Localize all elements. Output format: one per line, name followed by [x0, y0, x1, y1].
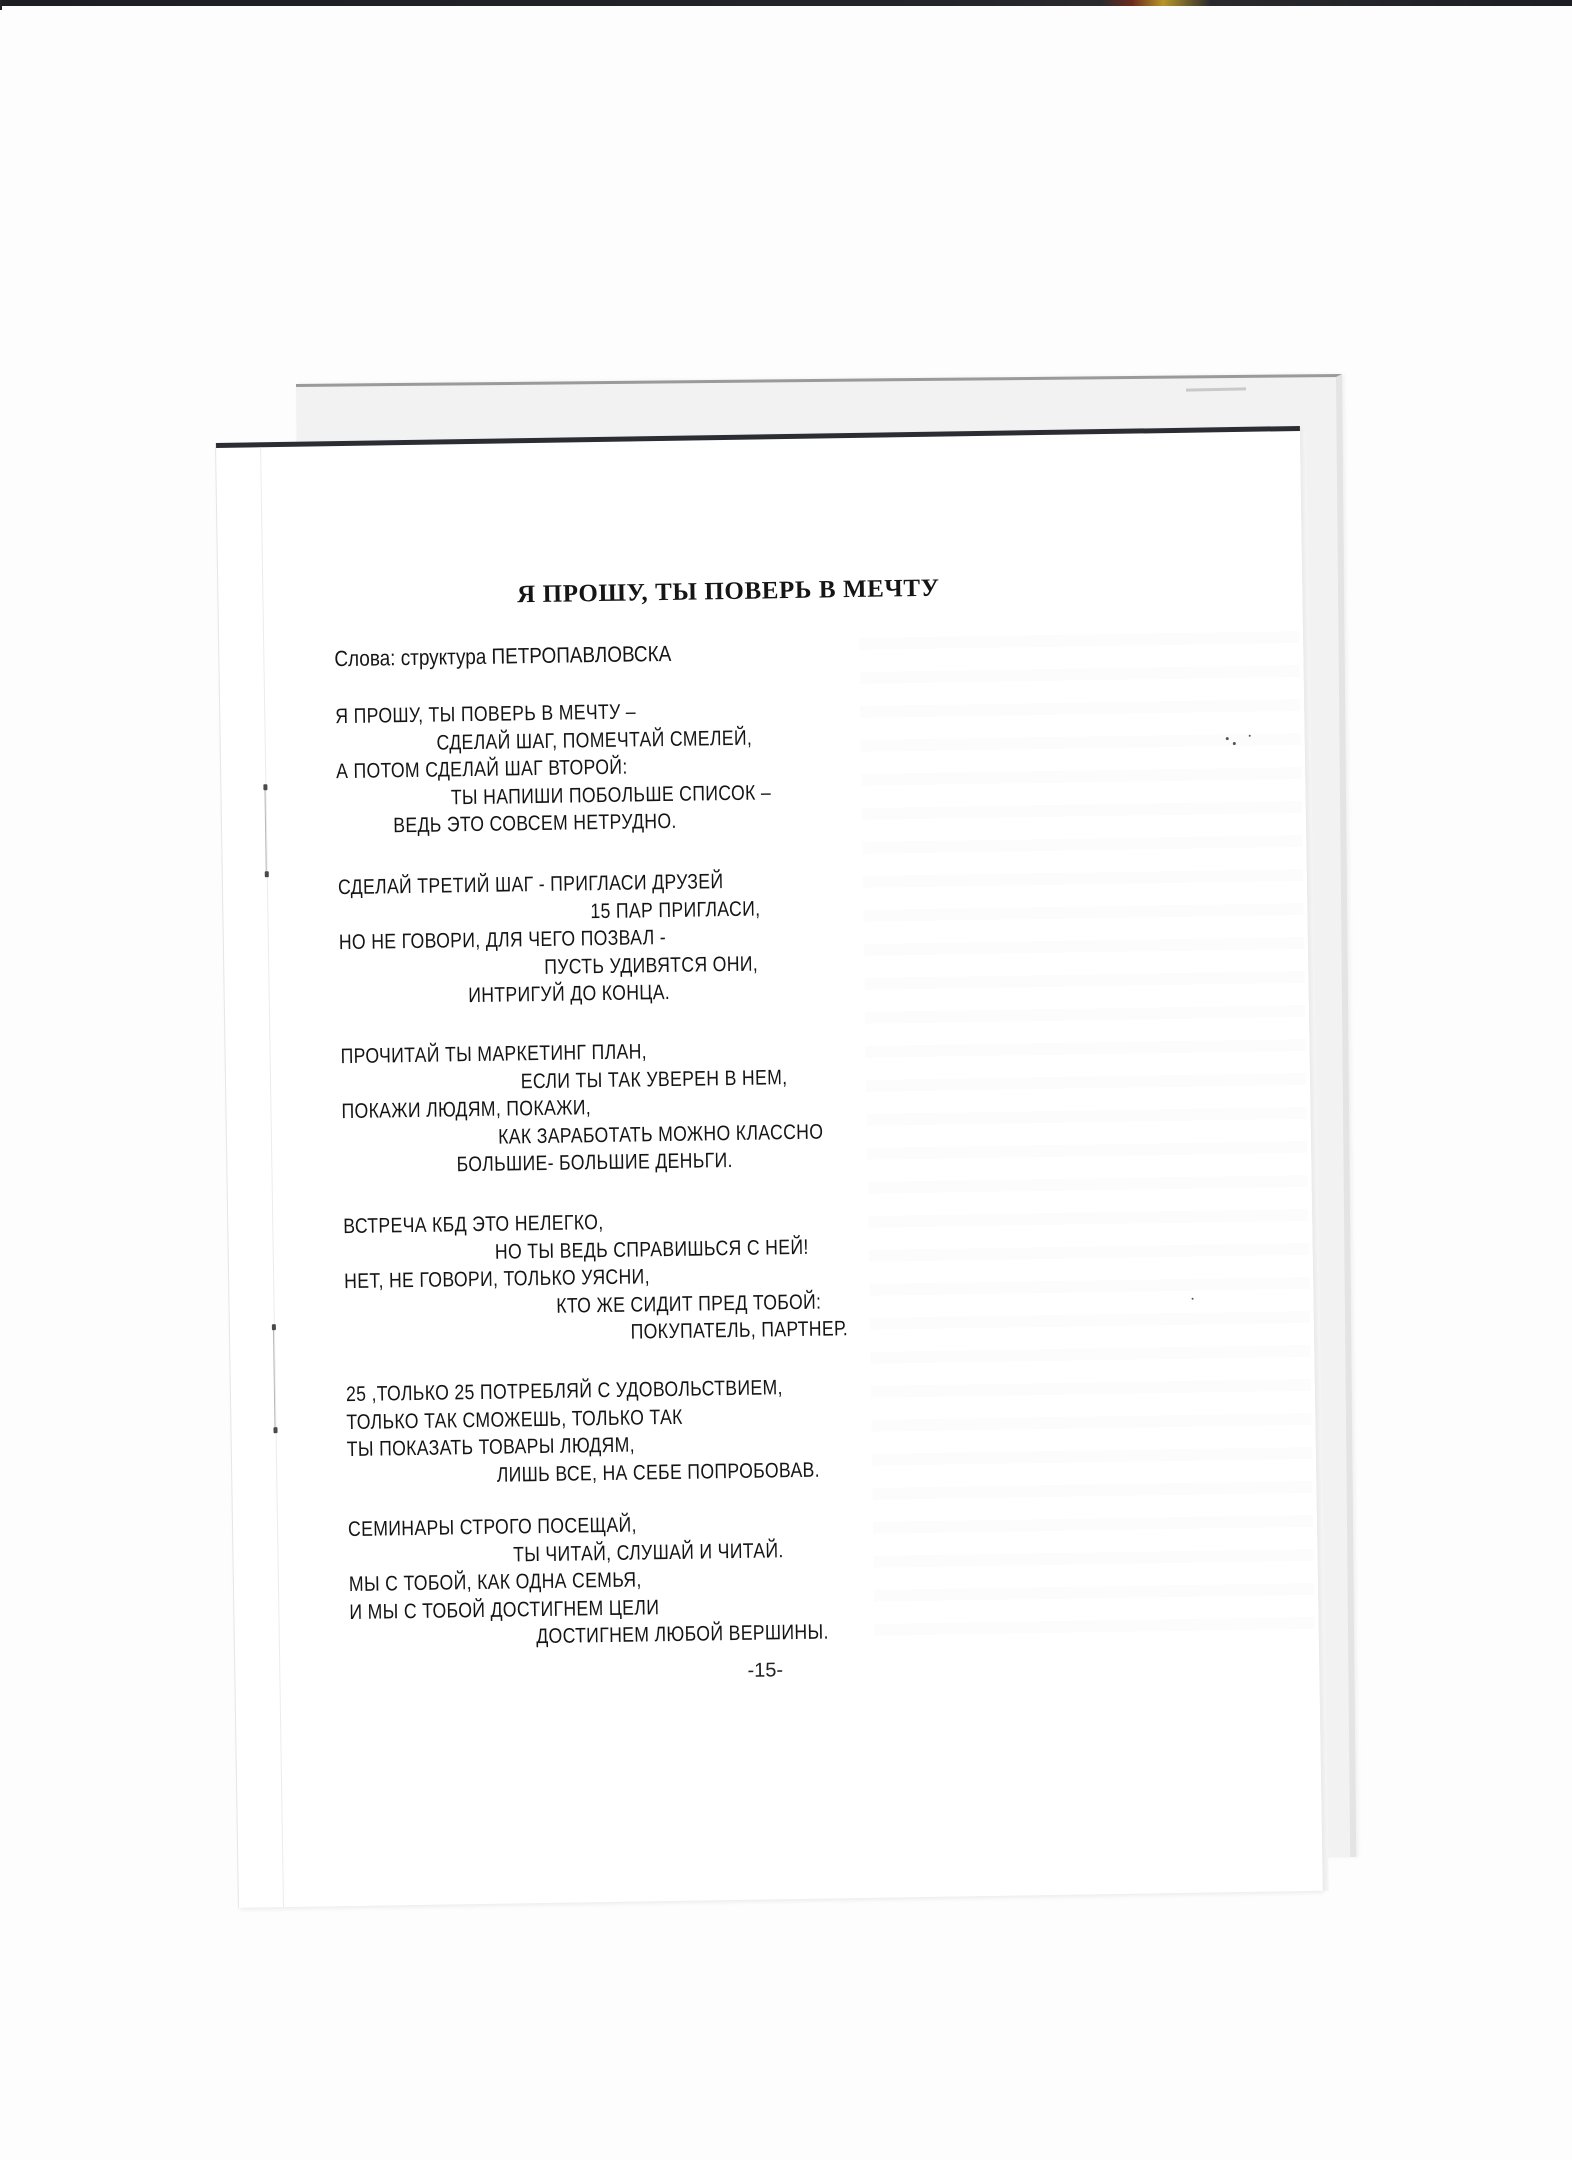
stanza: 25 ,ТОЛЬКО 25 ПОТРЕБЛЯЙ С УДОВОЛЬСТВИЕМ,…	[346, 1372, 910, 1491]
scanner-edge	[0, 0, 1572, 6]
verse-line: ВЕДЬ ЭТО СОВСЕМ НЕТРУДНО.	[337, 806, 772, 840]
booklet-page: Я ПРОШУ, ТЫ ПОВЕРЬ В МЕЧТУ Слова: структ…	[216, 426, 1323, 1908]
page-content: Я ПРОШУ, ТЫ ПОВЕРЬ В МЕЧТУ Слова: структ…	[216, 431, 1323, 1908]
stanza: ВСТРЕЧА КБД ЭТО НЕЛЕГКО, НО ТЫ ВЕДЬ СПРА…	[343, 1204, 944, 1351]
stanza: ПРОЧИТАЙ ТЫ МАРКЕТИНГ ПЛАН, ЕСЛИ ТЫ ТАК …	[340, 1034, 915, 1180]
scanner-corner	[0, 0, 2, 10]
song-credit: Слова: структура ПЕТРОПАВЛОВСКА	[334, 641, 671, 672]
stanza: СЕМИНАРЫ СТРОГО ПОСЕЩАЙ, ТЫ ЧИТАЙ, СЛУША…	[348, 1507, 920, 1653]
stanza: Я ПРОШУ, ТЫ ПОВЕРЬ В МЕЧТУ – СДЕЛАЙ ШАГ,…	[335, 695, 854, 841]
verse-line: ИНТРИГУЙ ДО КОНЦА.	[340, 977, 762, 1011]
stanza: СДЕЛАЙ ТРЕТИЙ ШАГ - ПРИГЛАСИ ДРУЗЕЙ 15 П…	[338, 866, 842, 1011]
song-title: Я ПРОШУ, ТЫ ПОВЕРЬ В МЕЧТУ	[443, 573, 1013, 610]
page-number: -15-	[715, 1659, 815, 1684]
